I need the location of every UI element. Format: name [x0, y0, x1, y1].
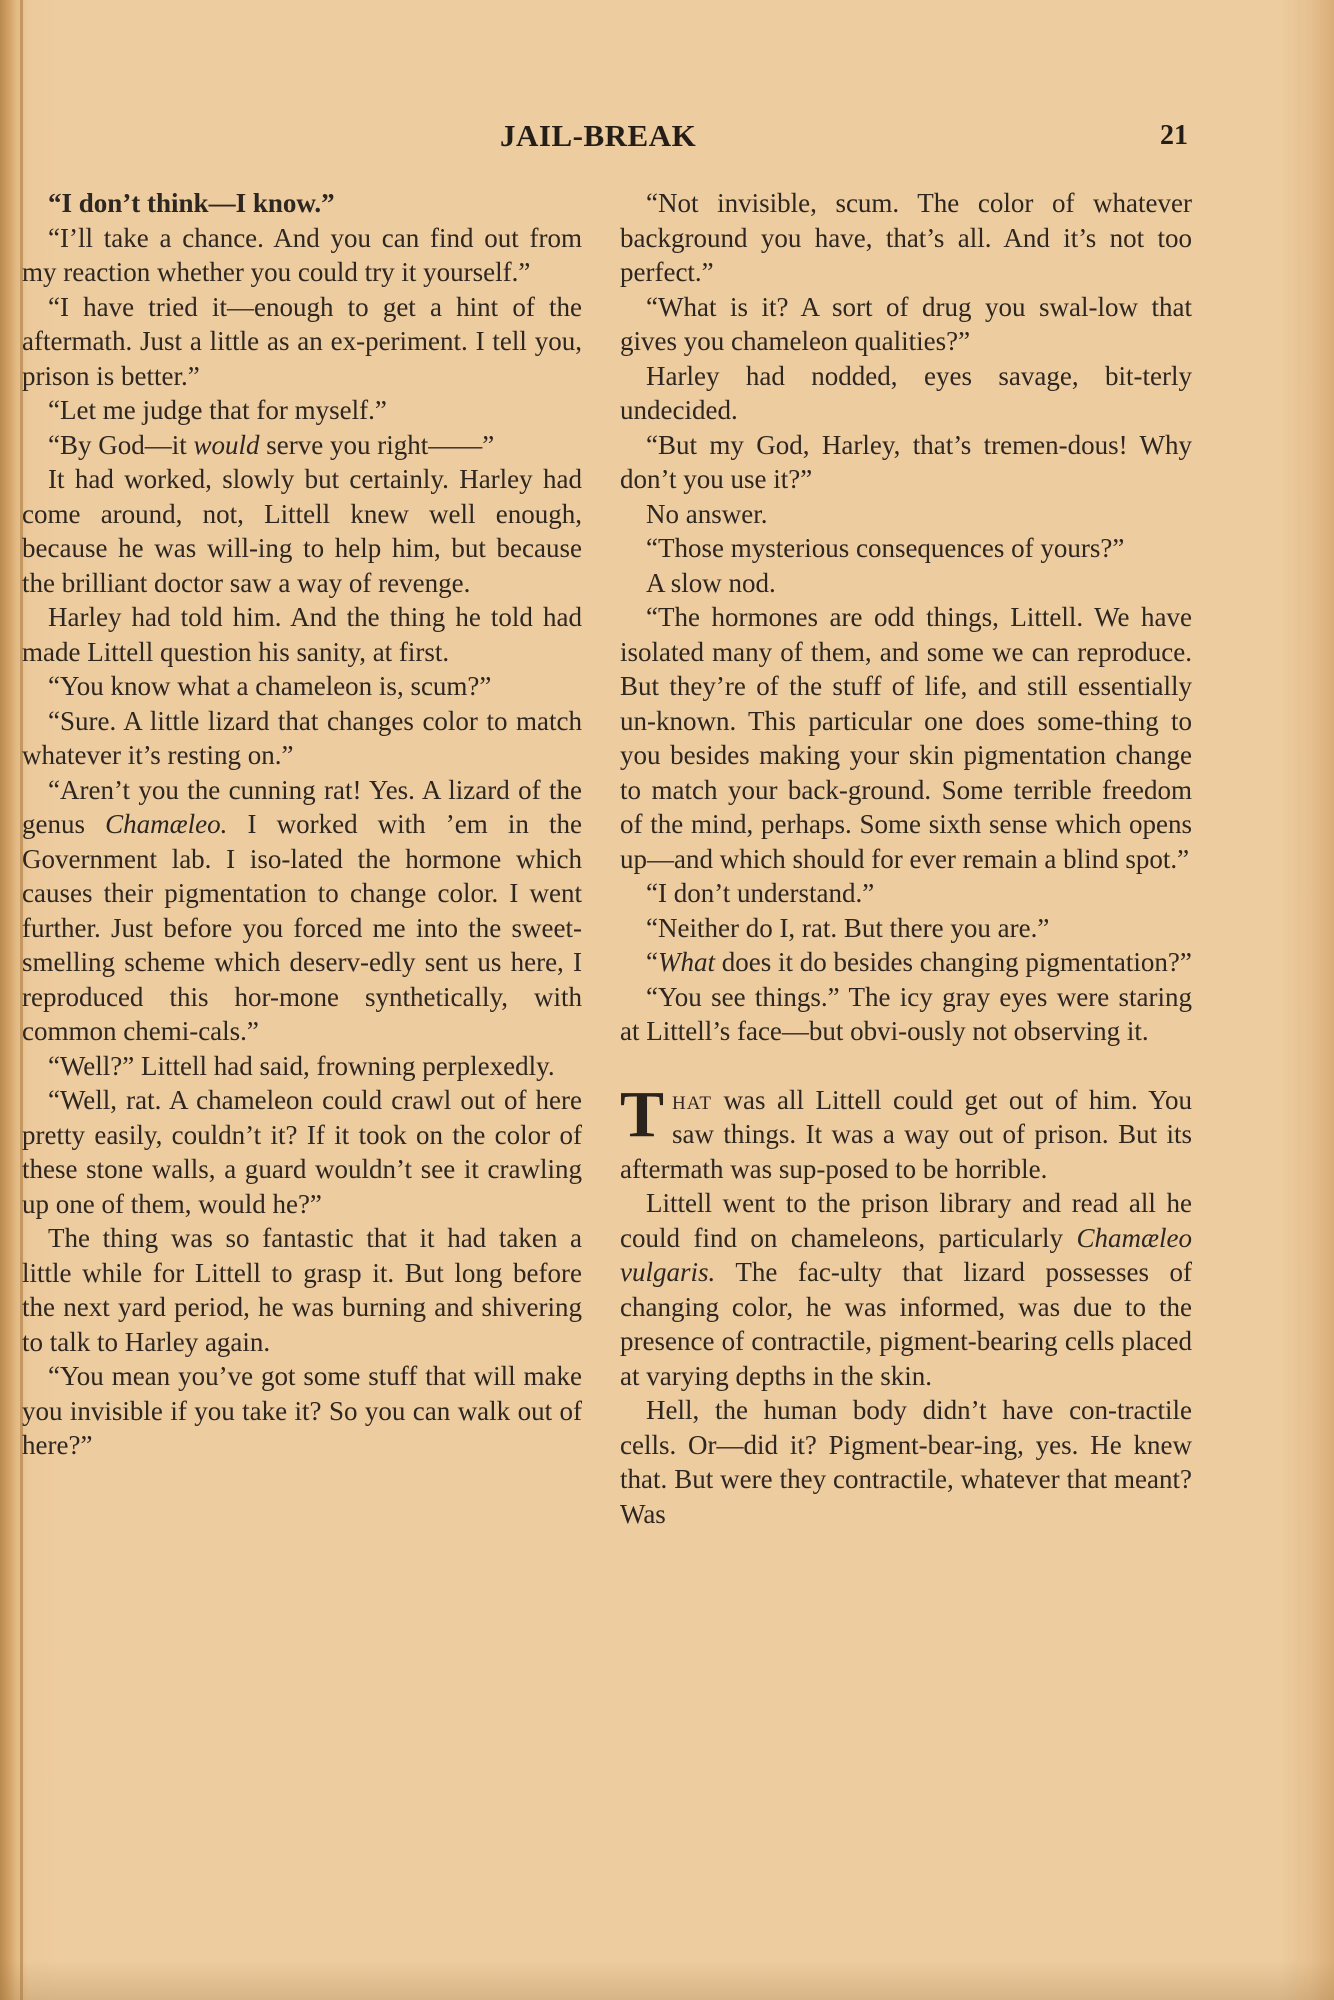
text-run: I worked with ’em in the Government lab.…	[22, 809, 582, 1046]
paragraph: “But my God, Harley, that’s tremen-dous!…	[620, 428, 1192, 497]
paragraph: It had worked, slowly but certainly. Har…	[22, 462, 582, 600]
paragraph: “The hormones are odd things, Littell. W…	[620, 600, 1192, 876]
right-column: “Not invisible, scum. The color of whate…	[620, 186, 1192, 1531]
paragraph: “Well?” Littell had said, frowning perpl…	[22, 1049, 582, 1084]
text-run: does it do besides changing pigmentation…	[715, 947, 1192, 977]
section-start-paragraph: That was all Littell could get out of hi…	[620, 1083, 1192, 1187]
emphasis: What	[658, 947, 715, 977]
paragraph: Hell, the human body didn’t have con-tra…	[620, 1393, 1192, 1531]
emphasis: would	[194, 430, 260, 460]
paragraph: The thing was so fantastic that it had t…	[22, 1221, 582, 1359]
paragraph: “I don’t understand.”	[620, 876, 1192, 911]
magazine-page: JAIL-BREAK 21 “I don’t think—I know.” “I…	[0, 0, 1334, 2000]
drop-cap: T	[620, 1087, 664, 1143]
small-caps-lead: hat	[672, 1085, 712, 1115]
paragraph: “Aren’t you the cunning rat! Yes. A liza…	[22, 773, 582, 1049]
text-run: “By God—it	[48, 430, 194, 460]
paragraph: Littell went to the prison library and r…	[620, 1186, 1192, 1393]
paragraph: “Well, rat. A chameleon could crawl out …	[22, 1083, 582, 1221]
paragraph: “Sure. A little lizard that changes colo…	[22, 704, 582, 773]
page-number: 21	[1160, 120, 1188, 152]
paragraph: “Those mysterious consequences of yours?…	[620, 531, 1192, 566]
text-run: serve you right——”	[260, 430, 495, 460]
paragraph: “Neither do I, rat. But there you are.”	[620, 911, 1192, 946]
paragraph: “What is it? A sort of drug you swal-low…	[620, 290, 1192, 359]
paragraph: “You mean you’ve got some stuff that wil…	[22, 1359, 582, 1463]
running-title: JAIL-BREAK	[500, 118, 696, 154]
paragraph: No answer.	[620, 497, 1192, 532]
paragraph: “What does it do besides changing pigmen…	[620, 945, 1192, 980]
paragraph: “You know what a chameleon is, scum?”	[22, 669, 582, 704]
paragraph: “Not invisible, scum. The color of whate…	[620, 186, 1192, 290]
paragraph: “I have tried it—enough to get a hint of…	[22, 290, 582, 394]
paragraph: “I’ll take a chance. And you can find ou…	[22, 221, 582, 290]
paragraph: “Let me judge that for myself.”	[22, 393, 582, 428]
emphasis: Chamæleo.	[105, 809, 227, 839]
paragraph: “I don’t think—I know.”	[22, 186, 582, 221]
paragraph: “By God—it would serve you right——”	[22, 428, 582, 463]
paragraph: Harley had told him. And the thing he to…	[22, 600, 582, 669]
paragraph: Harley had nodded, eyes savage, bit-terl…	[620, 359, 1192, 428]
left-column: “I don’t think—I know.” “I’ll take a cha…	[22, 186, 582, 1463]
paragraph: A slow nod.	[620, 566, 1192, 601]
paragraph: “You see things.” The icy gray eyes were…	[620, 980, 1192, 1049]
text-run: “	[646, 947, 658, 977]
